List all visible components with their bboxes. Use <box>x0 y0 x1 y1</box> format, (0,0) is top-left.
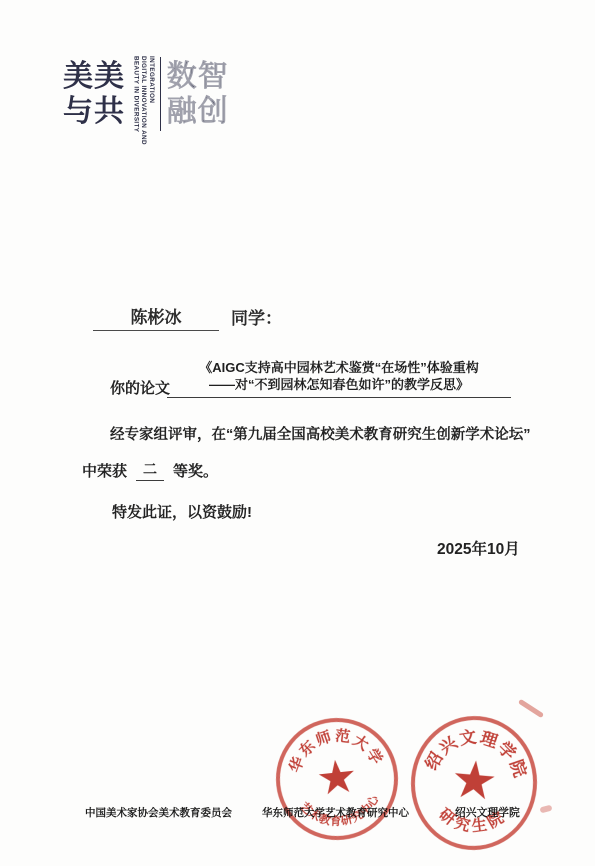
recipient-name: 陈彬冰 <box>93 303 219 331</box>
paper-title-line1: 《AIGC支持高中园林艺术鉴赏“在场性”体验重构 <box>167 360 511 377</box>
logo-left-characters: 美美 与共 <box>63 59 125 129</box>
award-grade: 二 <box>136 459 164 481</box>
seal-shaoxing-university-graduate-school: ★ 绍兴文理学院研究生院 <box>405 711 542 855</box>
logo-divider-line <box>160 57 161 131</box>
seal-arc-character: 学 <box>363 746 384 767</box>
forum-logo: 美美 与共 BEAUTY IN DIVERSITY DIGITAL INNOVA… <box>63 56 229 132</box>
date: 2025年10月 <box>437 537 520 559</box>
stray-ink-mark <box>518 699 544 718</box>
seal-arc-character: 究 <box>453 816 472 835</box>
seal-arc-character: 理 <box>478 729 499 750</box>
seal-arc-character: 院 <box>507 757 529 779</box>
seal-arc-character: 文 <box>458 728 477 747</box>
logo-right-characters: 数智 融创 <box>167 59 229 129</box>
logo-text-meimei: 美美 <box>63 59 125 94</box>
certificate-page: 美美 与共 BEAUTY IN DIVERSITY DIGITAL INNOVA… <box>0 0 595 866</box>
award-line: 中荣获 二 等奖。 <box>82 459 218 481</box>
seal-ecnu-art-education-research-center: ★ 华东师范大学艺术教育研究中心 <box>270 712 404 846</box>
seal-arc-character: 师 <box>314 729 333 748</box>
logo-text-rongchuang: 融创 <box>167 94 229 129</box>
paper-title-line2: ——对“不到园林怎知春色如许”的教学反思》 <box>167 377 511 394</box>
logo-text-shuzhi: 数智 <box>167 59 229 94</box>
org-china-artists-association: 中国美术家协会美术教育委员会 <box>85 805 232 820</box>
stray-ink-dot <box>539 805 552 814</box>
logo-english-tagline: BEAUTY IN DIVERSITY DIGITAL INNOVATION A… <box>132 56 155 132</box>
award-suffix: 等奖。 <box>173 460 218 481</box>
seal-arc-character: 华 <box>287 755 306 774</box>
star-icon: ★ <box>449 753 500 809</box>
seal-arc-character: 范 <box>334 728 351 745</box>
seal-arc-character: 院 <box>485 811 506 832</box>
paper-label: 你的论文 <box>110 377 170 398</box>
recipient-suffix: 同学： <box>231 304 282 331</box>
paper-title: 《AIGC支持高中园林艺术鉴赏“在场性”体验重构 ——对“不到园林怎知春色如许”… <box>167 360 511 398</box>
review-line: 经专家组评审，在“第九届全国高校美术教育研究生创新学术论坛” <box>110 423 531 444</box>
logo-english-line3: INTEGRATION <box>147 56 155 132</box>
logo-english-line2: DIGITAL INNOVATION AND <box>140 56 148 132</box>
closing-line: 特发此证，以资鼓励! <box>112 501 252 522</box>
star-icon: ★ <box>314 752 360 802</box>
recipient-line: 陈彬冰 同学： <box>93 303 282 331</box>
logo-text-yugong: 与共 <box>63 94 125 129</box>
logo-english-line1: BEAUTY IN DIVERSITY <box>132 56 140 132</box>
award-prefix: 中荣获 <box>82 460 127 481</box>
